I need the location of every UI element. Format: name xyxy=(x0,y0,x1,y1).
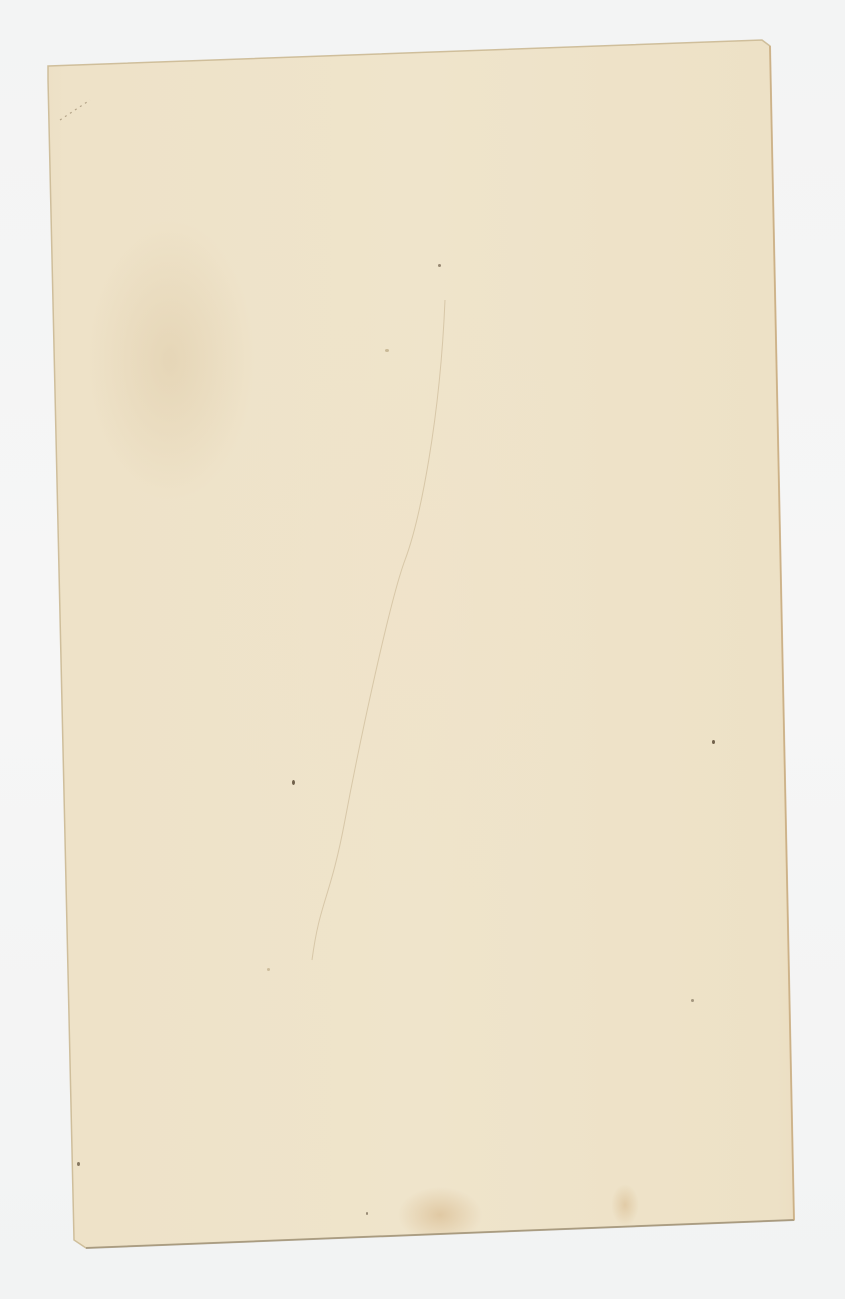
paper-speck xyxy=(385,349,389,352)
paper-speck xyxy=(691,999,694,1002)
paper-speck xyxy=(77,1162,80,1166)
paper-speck xyxy=(366,1212,368,1215)
blank-card-back xyxy=(0,0,845,1299)
paper-speck xyxy=(712,740,715,744)
paper-speck xyxy=(438,264,441,267)
paper-speck xyxy=(292,780,295,785)
paper-speck xyxy=(267,968,270,971)
